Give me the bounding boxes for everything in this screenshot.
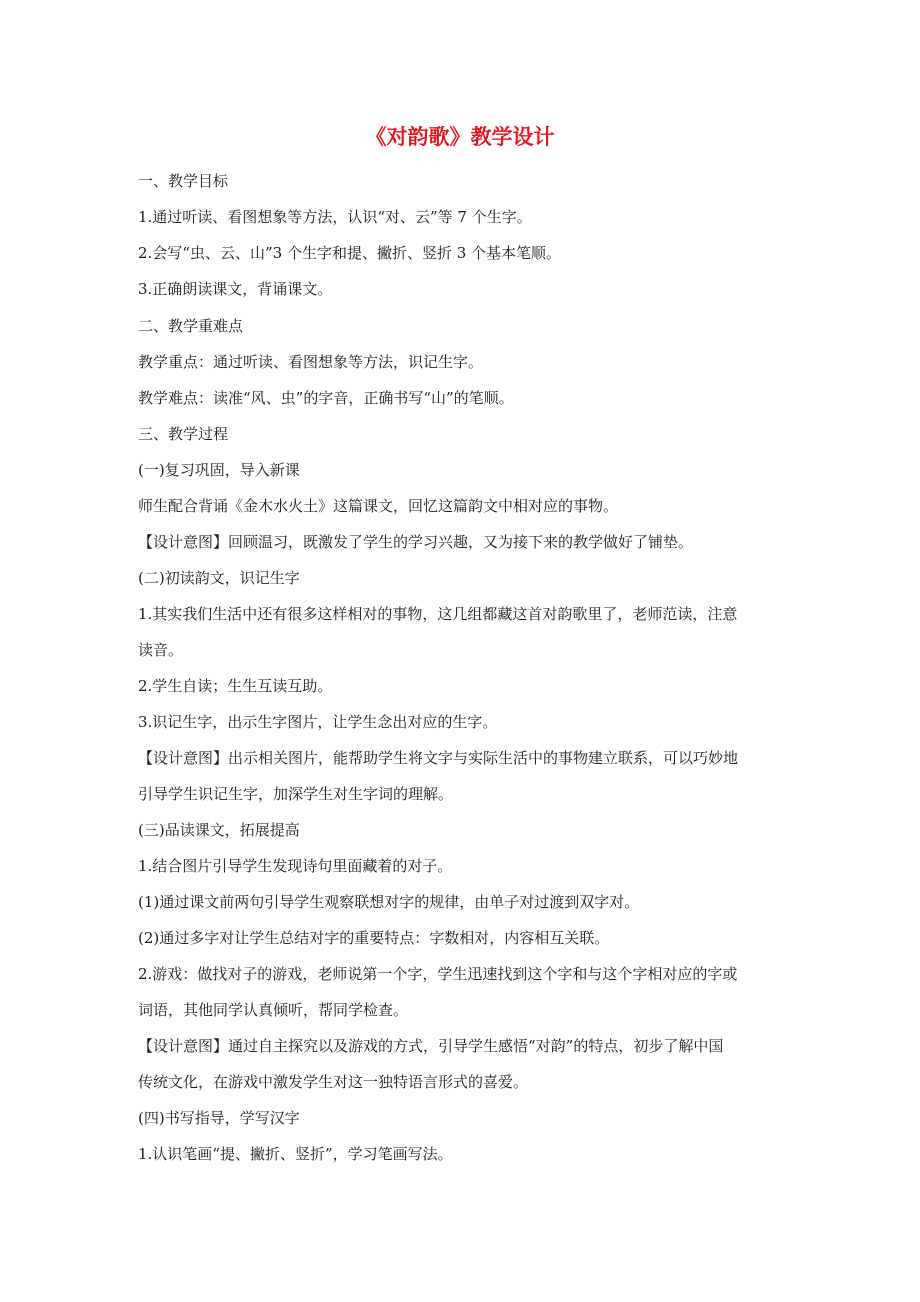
paragraph: 3.正确朗读课文，背诵课文。 [138,279,332,299]
paragraph: 师生配合背诵《金木水火土》这篇课文，回忆这篇韵文中相对应的事物。 [138,496,618,516]
subsection-heading: (四)书写指导，学写汉字 [138,1108,300,1128]
paragraph: 传统文化，在游戏中激发学生对这一独特语言形式的喜爱。 [138,1072,528,1092]
design-intent-paragraph: 【设计意图】出示相关图片，能帮助学生将文字与实际生活中的事物建立联系，可以巧妙地 [138,748,738,768]
subsection-heading: (一)复习巩固，导入新课 [138,460,300,480]
paragraph: 2.游戏：做找对子的游戏，老师说第一个字，学生迅速找到这个字和与这个字相对应的字… [138,964,737,984]
subsection-heading: (二)初读韵文，识记生字 [138,568,300,588]
document-page: 《对韵歌》教学设计 一、教学目标 1.通过听读、看图想象等方法，认识“对、云”等… [0,0,920,1302]
paragraph: 1.认识笔画“提、撇折、竖折”，学习笔画写法。 [138,1144,453,1164]
design-intent-paragraph: 【设计意图】通过自主探究以及游戏的方式，引导学生感悟“对韵”的特点，初步了解中国 [138,1036,723,1056]
document-title: 《对韵歌》教学设计 [0,121,920,151]
section-heading-goals: 一、教学目标 [138,171,228,191]
paragraph: 1.结合图片引导学生发现诗句里面藏着的对子。 [138,856,452,876]
section-heading-key-points: 二、教学重难点 [138,316,243,336]
paragraph: 引导学生识记生字，加深学生对生字词的理解。 [138,784,453,804]
paragraph: 教学难点：读准“风、虫”的字音，正确书写“山”的笔顺。 [138,388,514,408]
paragraph: (2)通过多字对让学生总结对字的重要特点：字数相对，内容相互关联。 [138,928,609,948]
paragraph: (1)通过课文前两句引导学生观察联想对字的规律，由单子对过渡到双字对。 [138,892,639,912]
paragraph: 词语，其他同学认真倾听，帮同学检查。 [138,1000,408,1020]
design-intent-paragraph: 【设计意图】回顾温习，既激发了学生的学习兴趣，又为接下来的教学做好了铺垫。 [138,532,693,552]
subsection-heading: (三)品读课文，拓展提高 [138,820,300,840]
paragraph: 2.会写“虫、云、山”3 个生字和提、撇折、竖折 3 个基本笔顺。 [138,243,561,263]
paragraph: 读音。 [138,640,183,660]
paragraph: 3.识记生字，出示生字图片，让学生念出对应的生字。 [138,712,497,732]
paragraph: 1.其实我们生活中还有很多这样相对的事物，这几组都藏这首对韵歌里了，老师范读，注… [138,604,737,624]
paragraph: 2.学生自读；生生互读互助。 [138,676,332,696]
paragraph: 1.通过听读、看图想象等方法，认识“对、云”等 7 个生字。 [138,207,532,227]
section-heading-process: 三、教学过程 [138,424,228,444]
paragraph: 教学重点：通过听读、看图想象等方法，识记生字。 [138,352,483,372]
